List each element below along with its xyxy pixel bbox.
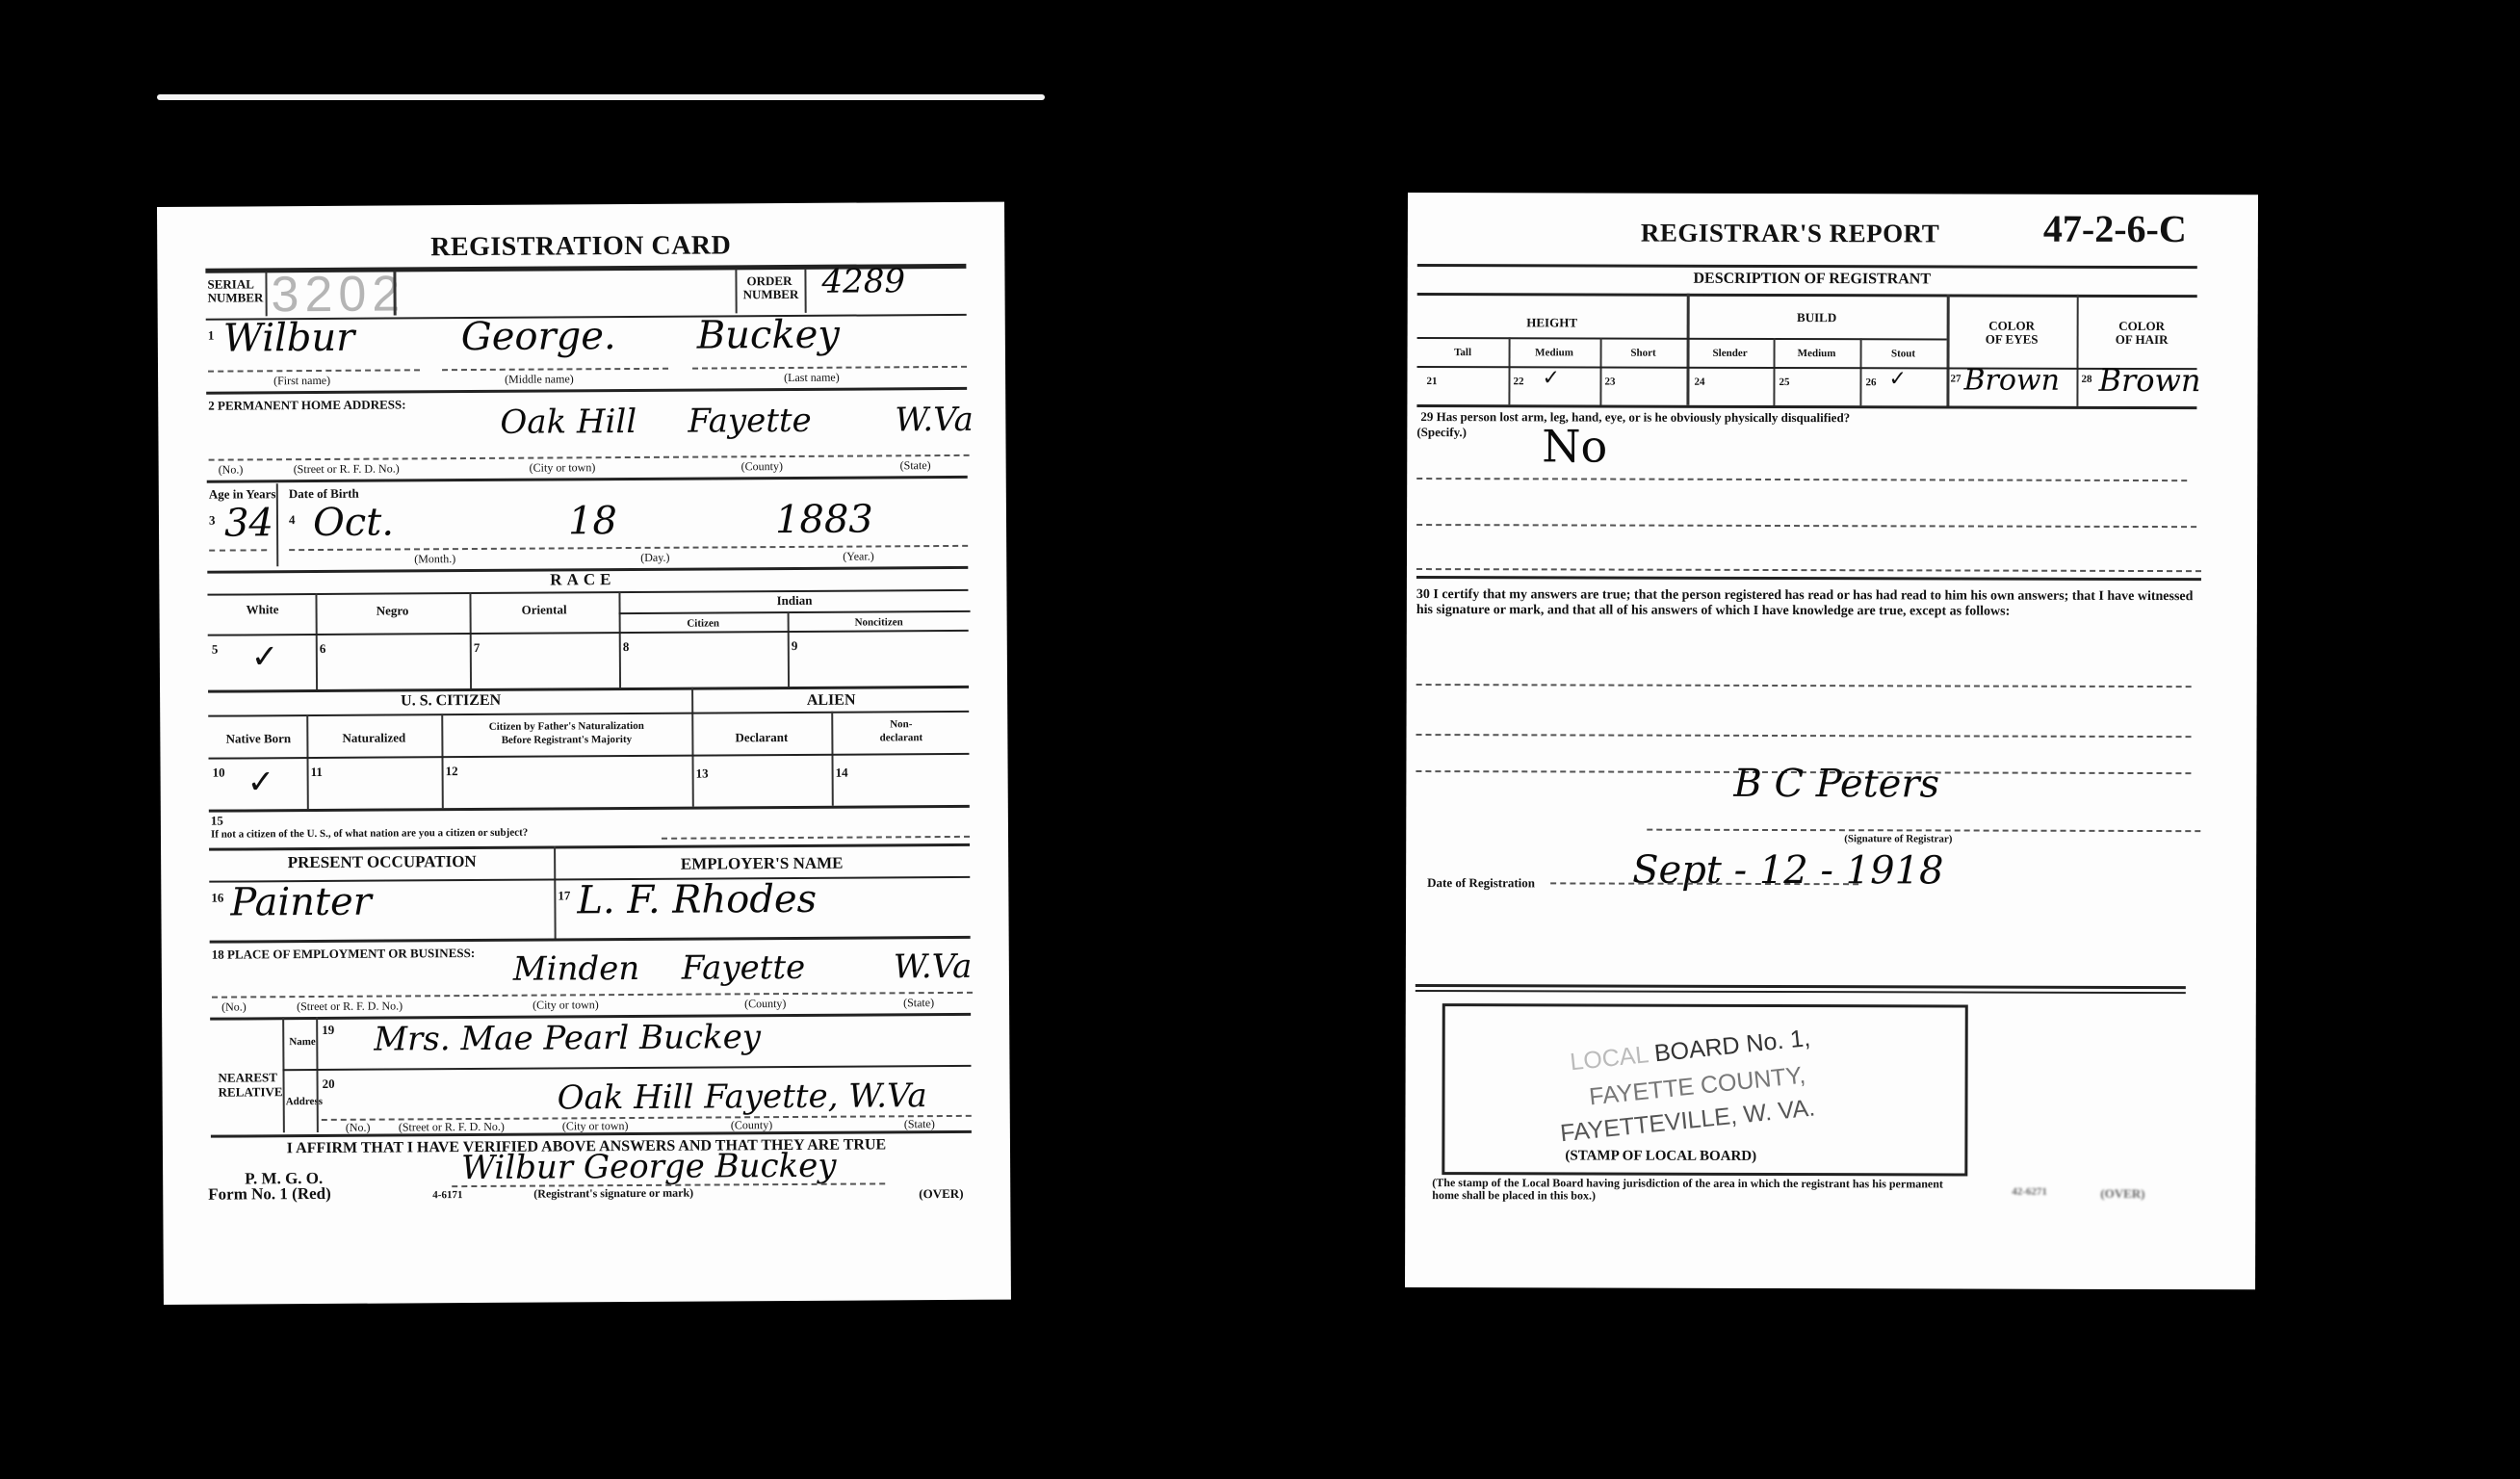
over-label: (OVER)	[2100, 1186, 2144, 1202]
birth-year: 1883	[775, 497, 873, 542]
divider	[1416, 684, 2192, 688]
divider	[735, 269, 737, 313]
signature-caption: (Registrant's signature or mark)	[533, 1186, 693, 1202]
field-number: 3	[209, 513, 216, 529]
divider	[265, 272, 267, 316]
divider	[210, 936, 971, 944]
local-board-stamp-box: LOCAL LOCAL BOARD No. 1,BOARD No. 1, FAY…	[1442, 1003, 1967, 1176]
column-header: BUILD	[1687, 311, 1947, 325]
field-number: 14	[836, 765, 848, 781]
caption: (County)	[744, 997, 786, 1011]
column-header: Noncitizen	[788, 616, 971, 629]
column-header: Indian	[618, 593, 970, 609]
field-number: 12	[446, 764, 458, 779]
caption: (State)	[903, 996, 934, 1010]
divider	[276, 483, 279, 566]
caption: (No.)	[219, 462, 244, 477]
registration-date: Sept - 12 - 1918	[1632, 848, 1943, 894]
field-number: 28	[2081, 374, 2091, 385]
middle-name: George.	[461, 314, 616, 359]
divider	[209, 805, 970, 813]
over-label: (OVER)	[919, 1186, 963, 1202]
serial-label-2: NUMBER	[208, 291, 264, 304]
column-header: Naturalized	[306, 731, 441, 745]
first-name: Wilbur	[223, 316, 355, 361]
field-number: 17	[558, 888, 570, 903]
employment-county: Fayette	[682, 948, 806, 988]
divider	[1417, 293, 2197, 298]
race-white-check: ✓	[251, 637, 279, 676]
employment-state: W.Va	[894, 947, 973, 986]
field-label: Name	[289, 1036, 316, 1048]
caption: (Street or R. F. D. No.)	[297, 999, 403, 1014]
stamp-footnote: (The stamp of the Local Board having jur…	[1432, 1177, 1961, 1203]
employment-city: Minden	[513, 949, 640, 989]
caption: (Middle name)	[505, 372, 574, 386]
caption: (Month.)	[414, 552, 455, 566]
field-label: NEAREST	[218, 1071, 277, 1084]
field-number: 23	[1604, 376, 1615, 388]
caption: (Day.)	[640, 551, 669, 565]
caption: (City or town)	[533, 998, 599, 1012]
field-label: 18 PLACE OF EMPLOYMENT OR BUSINESS:	[212, 947, 475, 962]
caption: (Year.)	[843, 549, 874, 563]
field-number: 1	[208, 328, 215, 344]
caption: (State)	[904, 1117, 935, 1131]
occupation-value: Painter	[230, 880, 372, 925]
section-header: PRESENT OCCUPATION	[211, 852, 553, 873]
column-header: declarant	[831, 732, 971, 744]
field-physical-disqualification: 29 Has person lost arm, leg, hand, eye, …	[1408, 193, 2258, 195]
employer-value: L. F. Rhodes	[577, 877, 817, 923]
divider	[1416, 478, 2187, 481]
column-header: Slender	[1687, 348, 1774, 359]
column-header: Declarant	[691, 731, 831, 745]
print-code: 4-6171	[432, 1189, 462, 1201]
eye-color: Brown	[1963, 364, 2060, 398]
field-number: 8	[623, 639, 630, 655]
field-number: 19	[322, 1023, 334, 1038]
certification-text: 30 I certify that my answers are true; t…	[1416, 587, 2196, 620]
section-header: ALIEN	[691, 691, 971, 711]
registrar-signature: B C Peters	[1733, 762, 1939, 807]
divider	[208, 369, 420, 372]
field-label: RELATIVE	[219, 1085, 283, 1099]
field-number: 4	[289, 512, 296, 528]
caption: (No.)	[346, 1121, 371, 1135]
field-number: 21	[1426, 376, 1437, 387]
field-nearest-relative: NEAREST RELATIVE Name Address 19 Mrs. Ma…	[157, 202, 1004, 207]
divider	[306, 714, 309, 809]
column-header: Native Born	[210, 732, 306, 746]
column-header: Stout	[1860, 348, 1947, 359]
divider	[1416, 576, 2201, 581]
divider	[1946, 294, 1949, 405]
divider	[209, 843, 970, 851]
order-number: 4289	[821, 262, 905, 301]
print-code: 42-6271	[2012, 1186, 2047, 1198]
section-header: U. S. CITIZEN	[210, 691, 691, 712]
column-header: Tall	[1417, 347, 1509, 358]
column-header: Negro	[316, 604, 470, 618]
serial-row: SERIAL NUMBER 3202 ORDER NUMBER 4289	[157, 202, 1004, 207]
field-number: 13	[696, 766, 709, 782]
divider	[1416, 568, 2201, 572]
divider	[692, 366, 967, 370]
registrars-report-card: REGISTRAR'S REPORT 47-2-6-C DESCRIPTION …	[1405, 193, 2258, 1289]
disqualification-answer: No	[1542, 420, 1607, 472]
divider	[442, 368, 668, 371]
field-place-of-employment: 18 PLACE OF EMPLOYMENT OR BUSINESS: Mind…	[157, 202, 1004, 207]
divider	[208, 753, 969, 760]
caption: (Street or R. F. D. No.)	[294, 461, 400, 477]
build-stout-check: ✓	[1888, 367, 1907, 391]
card-title: REGISTRAR'S REPORT	[1641, 219, 1939, 249]
birth-month: Oct.	[313, 501, 394, 546]
home-city: Oak Hill	[500, 402, 636, 442]
file-code: 47-2-6-C	[2043, 206, 2187, 251]
column-header: Medium	[1774, 348, 1860, 359]
column-header: HEIGHT	[1417, 316, 1687, 330]
column-header: Medium	[1509, 347, 1600, 358]
height-medium-check: ✓	[1542, 366, 1560, 390]
field-number: 16	[211, 891, 223, 906]
divider	[1416, 734, 2192, 738]
field-label: If not a citizen of the U. S., of what n…	[211, 827, 528, 841]
divider	[619, 610, 971, 614]
registration-date-label: Date of Registration	[1427, 876, 1535, 890]
divider	[1417, 337, 1947, 340]
column-header: Non-	[831, 718, 971, 731]
divider	[282, 1065, 971, 1071]
field-number: 7	[474, 640, 481, 656]
hair-color: Brown	[2098, 362, 2200, 399]
field-age-dob: Age in Years 3 34 Date of Birth 4 Oct. 1…	[157, 202, 1004, 207]
column-header: Oriental	[470, 603, 619, 617]
field-number: 27	[1950, 373, 1961, 384]
relative-address: Oak Hill Fayette, W.Va	[558, 1077, 927, 1117]
divider	[208, 630, 969, 636]
field-number: 25	[1779, 376, 1789, 388]
column-header: OF HAIR	[2077, 333, 2207, 347]
card-title: REGISTRATION CARD	[157, 229, 1004, 265]
column-header: Before Registrant's Majority	[441, 734, 691, 747]
field-home-address: 2 PERMANENT HOME ADDRESS: Oak Hill Fayet…	[157, 202, 1004, 207]
field-number: 11	[311, 765, 323, 780]
description-table: HEIGHT BUILD COLOR OF EYES COLOR OF HAIR…	[1408, 193, 2258, 195]
column-header: Short	[1600, 348, 1687, 359]
field-number: 15	[211, 814, 223, 829]
home-county: Fayette	[688, 402, 812, 441]
field-number: 10	[213, 765, 225, 781]
divider	[1416, 524, 2196, 528]
divider	[1416, 984, 2186, 989]
registrant-signature: Wilbur George Buckey	[461, 1147, 837, 1187]
divider	[2076, 295, 2078, 406]
age-value: 34	[224, 501, 273, 545]
divider	[316, 1017, 319, 1132]
field-label: 29 Has person lost arm, leg, hand, eye, …	[1420, 410, 1850, 425]
divider	[206, 387, 967, 395]
last-name: Buckey	[697, 313, 840, 358]
field-number: 5	[212, 642, 219, 658]
caption: (No.)	[221, 999, 247, 1014]
divider	[1647, 829, 2200, 833]
field-number: 6	[320, 641, 326, 657]
caption: (City or town)	[530, 460, 596, 475]
form-number: Form No. 1 (Red)	[208, 1184, 331, 1205]
field-number: 20	[323, 1077, 335, 1092]
native-born-check: ✓	[247, 763, 275, 801]
caption: (State)	[900, 458, 931, 473]
race-table: RACE White Negro Oriental Indian Citizen…	[157, 202, 1004, 207]
relative-name: Mrs. Mae Pearl Buckey	[374, 1018, 761, 1058]
divider	[282, 1017, 285, 1132]
registration-card: REGISTRATION CARD SERIAL NUMBER 3202 ORD…	[157, 202, 1011, 1305]
home-state: W.Va	[895, 401, 974, 439]
section-header: RACE	[159, 568, 1006, 592]
divider	[208, 711, 969, 717]
divider	[1550, 882, 1858, 885]
divider	[209, 549, 267, 551]
section-header: EMPLOYER'S NAME	[554, 853, 970, 875]
field-number: 26	[1865, 376, 1876, 388]
field-number: 9	[792, 638, 798, 654]
field-name: 1 Wilbur George. Buckey (First name) (Mi…	[157, 202, 1004, 207]
caption: (First name)	[273, 374, 330, 388]
divider	[207, 476, 968, 483]
field-label: Date of Birth	[289, 487, 359, 501]
order-label-2: NUMBER	[743, 288, 799, 301]
stamp-caption: (STAMP OF LOCAL BOARD)	[1565, 1149, 1756, 1163]
divider	[1417, 366, 2197, 370]
divider	[1417, 264, 2197, 269]
caption: (County)	[741, 459, 783, 474]
section-header: DESCRIPTION OF REGISTRANT	[1408, 270, 2217, 289]
field-label: 2 PERMANENT HOME ADDRESS:	[208, 398, 405, 412]
field-occupation-employer: PRESENT OCCUPATION EMPLOYER'S NAME 16 Pa…	[157, 202, 1004, 207]
field-number: 24	[1694, 376, 1704, 388]
column-header: Citizen by Father's Naturalization	[441, 720, 691, 734]
field-nationality: 15 If not a citizen of the U. S., of wha…	[157, 202, 1004, 207]
divider	[804, 269, 806, 313]
caption: (County)	[731, 1118, 772, 1132]
column-header: OF EYES	[1947, 332, 2077, 346]
column-header: Citizen	[619, 617, 788, 630]
divider	[393, 271, 396, 315]
scan-edge-strip	[157, 94, 1045, 100]
field-number: 22	[1513, 376, 1523, 387]
divider	[1416, 990, 2186, 994]
signature-caption: (Signature of Registrar)	[1844, 833, 1952, 844]
divider	[662, 836, 970, 840]
column-header: White	[210, 603, 316, 617]
field-label: (Specify.)	[1416, 426, 1467, 439]
citizenship-table: U. S. CITIZEN ALIEN Native Born Naturali…	[157, 202, 1004, 207]
field-label: Age in Years	[209, 487, 276, 501]
caption: (Last name)	[784, 371, 840, 385]
birth-day: 18	[568, 499, 617, 543]
